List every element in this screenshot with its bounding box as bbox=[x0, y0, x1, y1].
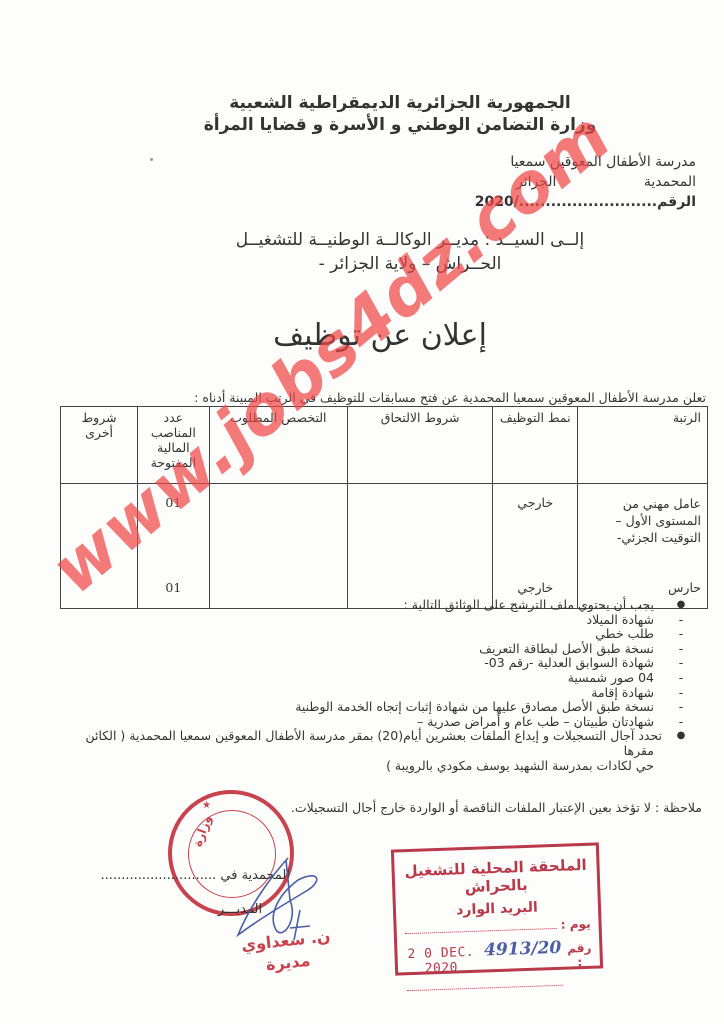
header-count-line: المالية bbox=[144, 440, 202, 455]
received-stamp-agency: الملحقة المحلية للتشغيل بالحراش bbox=[394, 856, 597, 899]
list-item-text: شهادة الميلاد bbox=[587, 612, 654, 627]
deadline-text-continued: حي لكادات بمدرسة الشهيد يوسف مكودي بالرو… bbox=[62, 759, 702, 774]
sender-block: مدرسة الأطفال المعوقين سمعيا المحمدية ال… bbox=[476, 152, 696, 212]
received-date: 2 0 DEC. 2020 bbox=[405, 945, 477, 977]
dash-icon: - bbox=[674, 627, 688, 642]
mode-value: خارجي bbox=[499, 495, 571, 510]
dash-icon: - bbox=[674, 686, 688, 701]
dotted-line bbox=[406, 975, 562, 991]
received-stamp: الملحقة المحلية للتشغيل بالحراش البريد ا… bbox=[391, 842, 603, 975]
reference-number: الرقم........................../2020 bbox=[476, 192, 696, 212]
sender-location: المحمدية الجزائر bbox=[476, 172, 696, 192]
document-header: الجمهورية الجزائرية الديمقراطية الشعبية … bbox=[150, 92, 650, 136]
conditions-cell bbox=[348, 484, 493, 609]
documents-heading: ●يجب أن يحتوي ملف الترشح على الوثائق الت… bbox=[62, 598, 702, 613]
header-count-line: المناصب bbox=[144, 425, 202, 440]
scan-speck bbox=[150, 158, 153, 161]
deadline-text: تحدد آجال التسجيلات و إيداع الملفات بعشر… bbox=[85, 728, 662, 758]
list-item: -نسخة طبق الأصل لبطاقة التعريف bbox=[62, 642, 702, 657]
list-item-text: نسخة طبق الأصل لبطاقة التعريف bbox=[479, 641, 654, 656]
dash-icon: - bbox=[674, 715, 688, 730]
addressee-block: إلــى السيــد : مديــر الوكالــة الوطنيـ… bbox=[200, 228, 620, 276]
intro-text: تعلن مدرسة الأطفال المعوقين سمعيا المحمد… bbox=[66, 390, 706, 405]
sender-city: المحمدية bbox=[644, 172, 696, 192]
star-icon: ★ bbox=[202, 800, 211, 811]
list-item-text: شهادة إقامة bbox=[591, 685, 654, 700]
list-item: -شهادة السوابق العدلية -رقم 03- bbox=[62, 656, 702, 671]
dash-icon: - bbox=[674, 671, 688, 686]
ministry-name: وزارة التضامن الوطني و الأسرة و قضايا ال… bbox=[150, 114, 650, 136]
count-value: 01 bbox=[144, 495, 202, 510]
required-documents: ●يجب أن يحتوي ملف الترشح على الوثائق الت… bbox=[62, 598, 702, 773]
list-item: -طلب خطي bbox=[62, 627, 702, 642]
header-other: شروط أخرى bbox=[61, 407, 138, 484]
other-cell bbox=[61, 484, 138, 609]
rank-value: عامل مهني من المستوى الأول – التوقيت الج… bbox=[584, 495, 701, 546]
mode-cell: خارجي خارجي bbox=[493, 484, 578, 609]
number-label: رقم : bbox=[567, 941, 592, 970]
bullet-icon: ● bbox=[674, 598, 688, 613]
list-item-text: نسخة طبق الأصل مصادق عليها من شهادة إثبا… bbox=[295, 699, 654, 714]
header-count-line: المفتوحة bbox=[144, 455, 202, 470]
deadline-item: ●تحدد آجال التسجيلات و إيداع الملفات بعش… bbox=[62, 729, 702, 758]
dash-icon: - bbox=[674, 656, 688, 671]
header-count-line: عدد bbox=[144, 410, 202, 425]
received-number: 4913/20 bbox=[484, 938, 562, 961]
positions-table: الرتبة نمط التوظيف شروط الالتحاق التخصص … bbox=[60, 406, 708, 609]
header-mode: نمط التوظيف bbox=[493, 407, 578, 484]
header-specialty: التخصص المطلوب bbox=[209, 407, 348, 484]
addressee-line-2: الحــراش – ولاية الجزائر - bbox=[200, 252, 620, 276]
list-item: -نسخة طبق الأصل مصادق عليها من شهادة إثب… bbox=[62, 700, 702, 715]
received-day-row: يوم : bbox=[404, 917, 590, 937]
sender-institution: مدرسة الأطفال المعوقين سمعيا bbox=[476, 152, 696, 172]
dash-icon: - bbox=[674, 700, 688, 715]
received-bottom-row bbox=[406, 974, 592, 991]
note-text: ملاحظة : لا تؤخذ بعين الإعتبار الملفات ا… bbox=[62, 800, 702, 815]
list-item-text: 04 صور شمسية bbox=[568, 670, 654, 685]
list-item-text: طلب خطي bbox=[595, 626, 654, 641]
count-cell: 01 01 bbox=[138, 484, 209, 609]
date-dots: ............................ bbox=[101, 868, 217, 883]
table-row: عامل مهني من المستوى الأول – التوقيت الج… bbox=[61, 484, 708, 609]
dash-icon: - bbox=[674, 642, 688, 657]
header-rank: الرتبة bbox=[578, 407, 708, 484]
day-label: يوم : bbox=[561, 917, 591, 932]
list-item: -04 صور شمسية bbox=[62, 671, 702, 686]
republic-name: الجمهورية الجزائرية الديمقراطية الشعبية bbox=[150, 92, 650, 114]
dotted-line bbox=[404, 918, 556, 934]
list-item: -شهادة الميلاد bbox=[62, 613, 702, 628]
header-count: عدد المناصب المالية المفتوحة bbox=[138, 407, 209, 484]
dash-icon: - bbox=[674, 613, 688, 628]
list-item-text: شهادة السوابق العدلية -رقم 03- bbox=[484, 655, 654, 670]
documents-heading-text: يجب أن يحتوي ملف الترشح على الوثائق التا… bbox=[404, 597, 654, 612]
addressee-line-1: إلــى السيــد : مديــر الوكالــة الوطنيـ… bbox=[200, 228, 620, 252]
list-item-text: شهادتان طبيتان – طب عام و أمراض صدرية – bbox=[417, 714, 654, 729]
table-header-row: الرتبة نمط التوظيف شروط الالتحاق التخصص … bbox=[61, 407, 708, 484]
header-conditions: شروط الالتحاق bbox=[348, 407, 493, 484]
page-title: إعلان عن توظيف bbox=[230, 318, 530, 353]
list-item: -شهادة إقامة bbox=[62, 686, 702, 701]
received-number-row: رقم : 4913/20 2 0 DEC. 2020 bbox=[405, 937, 592, 977]
specialty-cell bbox=[209, 484, 348, 609]
rank-cell: عامل مهني من المستوى الأول – التوقيت الج… bbox=[578, 484, 708, 609]
count-value: 01 bbox=[144, 580, 202, 599]
bullet-icon: ● bbox=[674, 729, 688, 744]
sender-province: الجزائر bbox=[516, 172, 556, 192]
